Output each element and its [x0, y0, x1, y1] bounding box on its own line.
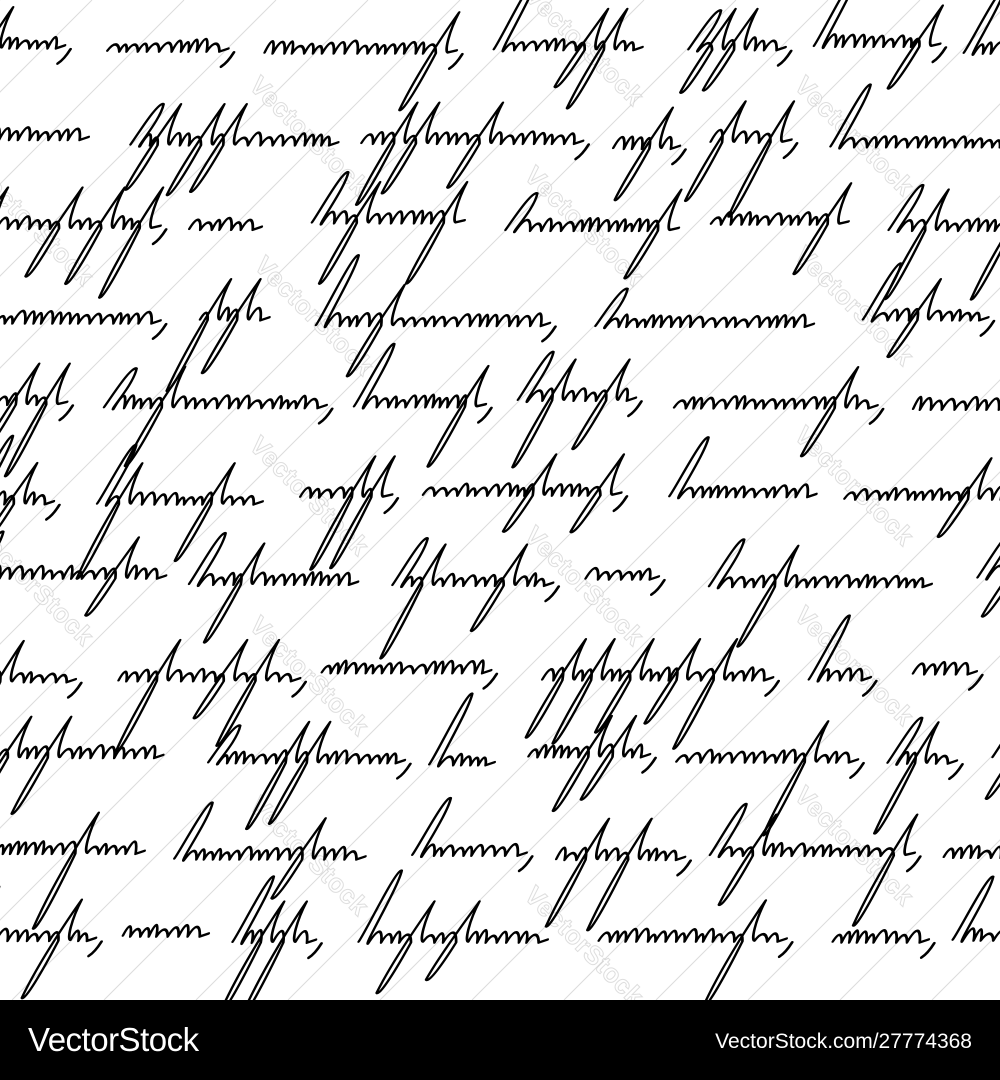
vectorstock-logo: VectorStock [28, 1021, 199, 1059]
footer-banner: VectorStock VectorStock.com/27774368 [0, 1000, 1000, 1080]
image-reference-id: VectorStock.com/27774368 [715, 1030, 972, 1054]
handwriting-pattern-image: VectorStockVectorStockVectorStockVectorS… [0, 0, 1000, 1000]
cursive-handwriting-strokes [0, 0, 1000, 1000]
